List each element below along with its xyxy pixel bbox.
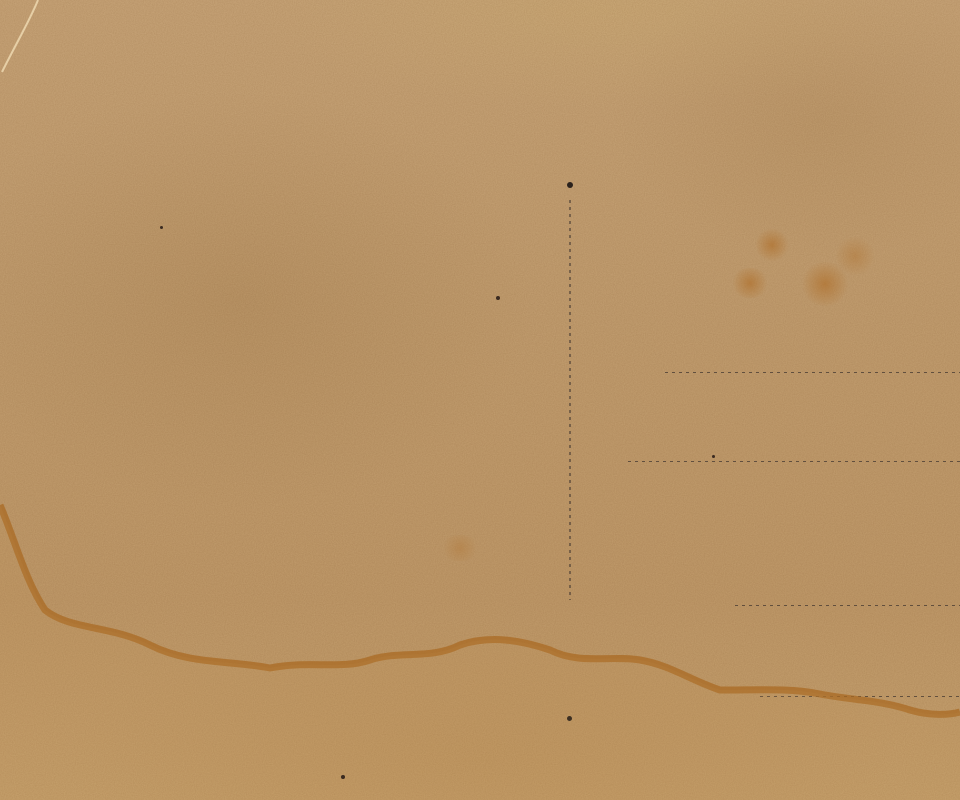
ink-speck bbox=[160, 226, 163, 229]
postcard-back bbox=[0, 0, 960, 800]
ink-speck bbox=[712, 455, 715, 458]
ink-speck bbox=[341, 775, 345, 779]
water-stain-tide-line bbox=[0, 0, 960, 800]
ink-speck bbox=[496, 296, 500, 300]
